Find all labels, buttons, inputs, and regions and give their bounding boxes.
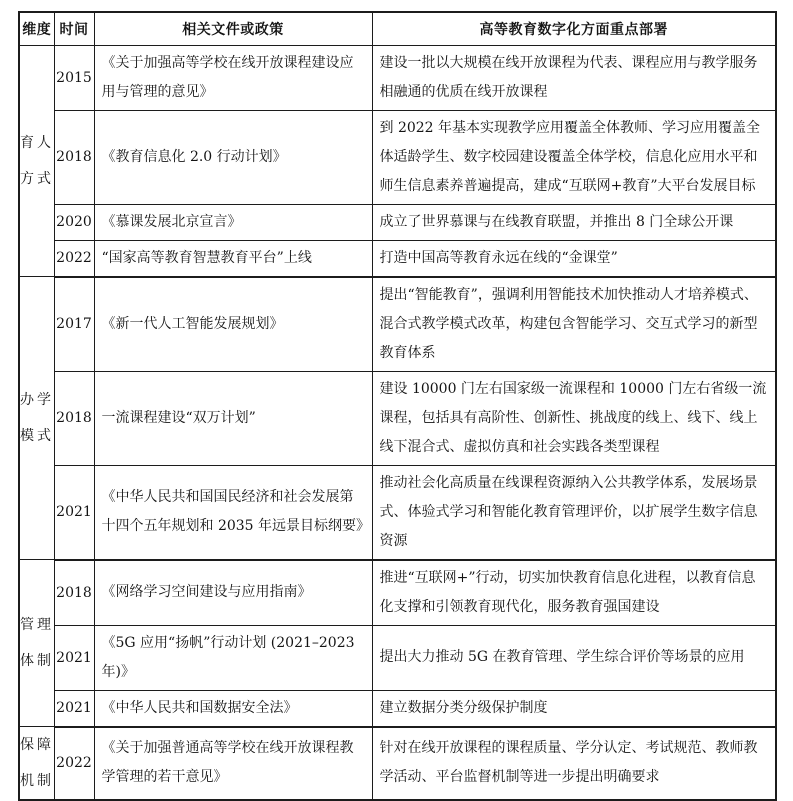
doc-cell: 一流课程建设“双万计划” — [94, 371, 372, 465]
deploy-cell: 打造中国高等教育永远在线的“金课堂” — [372, 240, 776, 277]
year-cell: 2018 — [54, 560, 94, 626]
table-row: 育人方式 2015 《关于加强高等学校在线开放课程建设应用与管理的意见》 建设一… — [19, 45, 776, 110]
table-row: 2021 《5G 应用“扬帆”行动计划 (2021–2023 年)》 提出大力推… — [19, 625, 776, 690]
deploy-cell: 针对在线开放课程的课程质量、学分认定、考试规范、教师教学活动、平台监督机制等进一… — [372, 727, 776, 801]
header-deployment: 高等教育数字化方面重点部署 — [372, 12, 776, 45]
header-document: 相关文件或政策 — [94, 12, 372, 45]
header-time: 时间 — [54, 12, 94, 45]
deploy-cell: 提出“智能教育”，强调利用智能技术加快推动人才培养模式、混合式教学模式改革，构建… — [372, 277, 776, 372]
doc-cell: 《关于加强普通高等学校在线开放课程教学管理的若干意见》 — [94, 727, 372, 801]
page: 维度 时间 相关文件或政策 高等教育数字化方面重点部署 育人方式 2015 《关… — [0, 0, 793, 638]
deploy-cell: 到 2022 年基本实现教学应用覆盖全体教师、学习应用覆盖全体适龄学生、数字校园… — [372, 110, 776, 204]
year-cell: 2020 — [54, 204, 94, 240]
doc-cell: “国家高等教育智慧教育平台”上线 — [94, 240, 372, 277]
doc-cell: 《慕课发展北京宣言》 — [94, 204, 372, 240]
year-cell: 2022 — [54, 240, 94, 277]
year-cell: 2015 — [54, 45, 94, 110]
dimension-cell: 育人方式 — [19, 45, 54, 277]
year-cell: 2018 — [54, 110, 94, 204]
header-row: 维度 时间 相关文件或政策 高等教育数字化方面重点部署 — [19, 12, 776, 45]
table-row: 2021 《中华人民共和国国民经济和社会发展第十四个五年规划和 2035 年远景… — [19, 465, 776, 560]
header-dimension: 维度 — [19, 12, 54, 45]
table-row: 2018 一流课程建设“双万计划” 建设 10000 门左右国家级一流课程和 1… — [19, 371, 776, 465]
dimension-cell: 办学模式 — [19, 277, 54, 560]
deploy-cell: 推动社会化高质量在线课程资源纳入公共教学体系，发展场景式、体验式学习和智能化教育… — [372, 465, 776, 560]
deploy-cell: 建设一批以大规模在线开放课程为代表、课程应用与教学服务相融通的优质在线开放课程 — [372, 45, 776, 110]
dimension-cell: 保障机制 — [19, 727, 54, 801]
doc-cell: 《新一代人工智能发展规划》 — [94, 277, 372, 372]
doc-cell: 《5G 应用“扬帆”行动计划 (2021–2023 年)》 — [94, 625, 372, 690]
table-row: 2021 《中华人民共和国数据安全法》 建立数据分类分级保护制度 — [19, 690, 776, 727]
doc-cell: 《关于加强高等学校在线开放课程建设应用与管理的意见》 — [94, 45, 372, 110]
table-row: 办学模式 2017 《新一代人工智能发展规划》 提出“智能教育”，强调利用智能技… — [19, 277, 776, 372]
doc-cell: 《教育信息化 2.0 行动计划》 — [94, 110, 372, 204]
year-cell: 2017 — [54, 277, 94, 372]
year-cell: 2022 — [54, 727, 94, 801]
policy-table: 维度 时间 相关文件或政策 高等教育数字化方面重点部署 育人方式 2015 《关… — [18, 11, 777, 801]
table-row: 2020 《慕课发展北京宣言》 成立了世界慕课与在线教育联盟，并推出 8 门全球… — [19, 204, 776, 240]
deploy-cell: 提出大力推动 5G 在教育管理、学生综合评价等场景的应用 — [372, 625, 776, 690]
deploy-cell: 成立了世界慕课与在线教育联盟，并推出 8 门全球公开课 — [372, 204, 776, 240]
table-row: 2018 《教育信息化 2.0 行动计划》 到 2022 年基本实现教学应用覆盖… — [19, 110, 776, 204]
doc-cell: 《中华人民共和国国民经济和社会发展第十四个五年规划和 2035 年远景目标纲要》 — [94, 465, 372, 560]
year-cell: 2018 — [54, 371, 94, 465]
year-cell: 2021 — [54, 625, 94, 690]
deploy-cell: 建设 10000 门左右国家级一流课程和 10000 门左右省级一流课程，包括具… — [372, 371, 776, 465]
dimension-cell: 管理体制 — [19, 560, 54, 727]
doc-cell: 《网络学习空间建设与应用指南》 — [94, 560, 372, 626]
deploy-cell: 推进“互联网+”行动，切实加快教育信息化进程，以教育信息化支撑和引领教育现代化，… — [372, 560, 776, 626]
doc-cell: 《中华人民共和国数据安全法》 — [94, 690, 372, 727]
table-row: 保障机制 2022 《关于加强普通高等学校在线开放课程教学管理的若干意见》 针对… — [19, 727, 776, 801]
deploy-cell: 建立数据分类分级保护制度 — [372, 690, 776, 727]
table-row: 2022 “国家高等教育智慧教育平台”上线 打造中国高等教育永远在线的“金课堂” — [19, 240, 776, 277]
table-row: 管理体制 2018 《网络学习空间建设与应用指南》 推进“互联网+”行动，切实加… — [19, 560, 776, 626]
year-cell: 2021 — [54, 690, 94, 727]
year-cell: 2021 — [54, 465, 94, 560]
